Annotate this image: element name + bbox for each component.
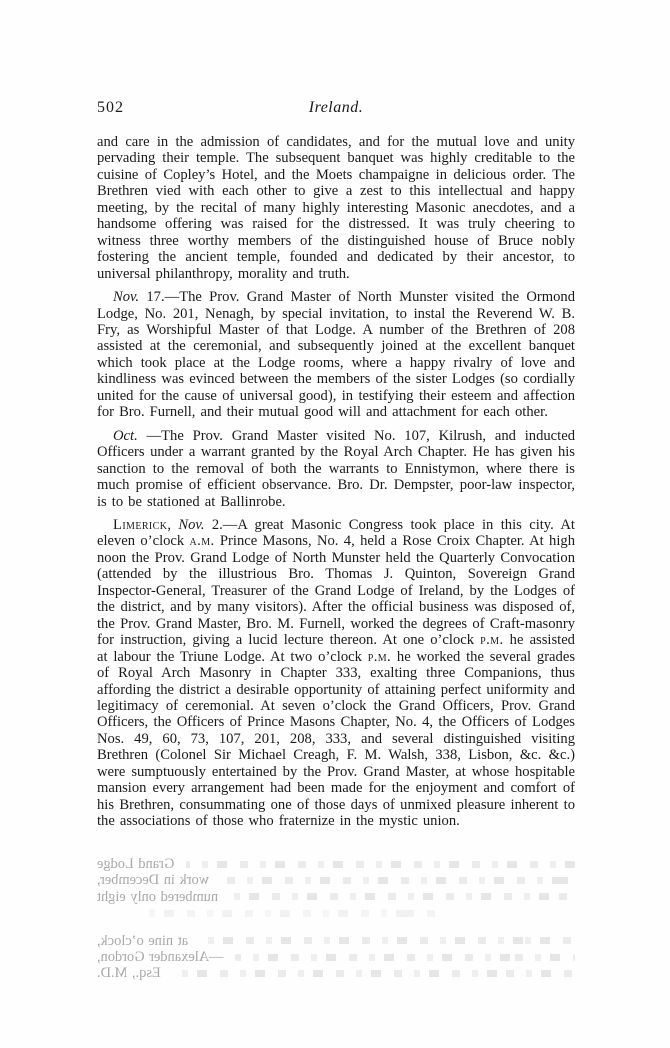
text-segment-smallcaps: p.m. <box>368 649 391 665</box>
text-segment: Prince Masons, No. 4, held a Rose Croix … <box>97 533 575 648</box>
bleed-line: numbered only eight <box>97 889 575 905</box>
paragraph-nov-17: Nov. 17.—The Prov. Grand Master of North… <box>97 289 575 421</box>
page-body-text: and care in the admission of candidates,… <box>97 134 575 837</box>
text-segment-smallcaps: Limerick <box>113 517 167 533</box>
bleed-legible-fragment: Esq., M.D. <box>97 965 161 981</box>
text-segment: 17.—The Prov. Grand Master of North Muns… <box>97 289 575 420</box>
bleed-legible-fragment: work in December, <box>97 872 209 888</box>
bleed-line: Esq., M.D. <box>97 965 575 981</box>
bleed-smudge <box>147 910 445 917</box>
scanned-book-page: 502 Ireland. and care in the admission o… <box>0 0 670 1048</box>
bleed-smudge <box>221 877 575 884</box>
bleed-line: —Alexander Gordon, <box>97 949 575 965</box>
paragraph-oct: Oct. —The Prov. Grand Master visited No.… <box>97 428 575 510</box>
page-number: 502 <box>97 99 124 117</box>
running-title: Ireland. <box>97 99 575 117</box>
bleed-smudge <box>173 970 575 977</box>
text-segment-smallcaps: a.m. <box>190 533 215 549</box>
text-segment: and care in the admission of candidates,… <box>97 134 575 282</box>
paragraph-limerick: Limerick, Nov. 2.—A great Masonic Congre… <box>97 517 575 830</box>
bleed-legible-fragment: Grand Lodge <box>97 856 174 872</box>
bleed-line: work in December, <box>97 872 575 888</box>
text-segment-italic: Nov. <box>178 517 204 533</box>
text-segment-italic: Oct. <box>113 428 138 444</box>
page-header: 502 Ireland. <box>97 99 575 119</box>
bleedthrough-mirrored-text: Grand Lodgework in December,numbered onl… <box>97 856 575 982</box>
text-segment: , <box>167 517 178 533</box>
bleed-legible-fragment: —Alexander Gordon, <box>97 949 223 965</box>
bleed-smudge <box>235 954 575 961</box>
bleed-legible-fragment: numbered only eight <box>97 889 218 905</box>
bleed-smudge <box>230 893 575 900</box>
bleed-line: Grand Lodge <box>97 856 575 872</box>
text-segment: he worked the several grades of Royal Ar… <box>97 649 575 830</box>
bleed-smudge <box>186 861 575 868</box>
text-segment-smallcaps: p.m. <box>480 632 503 648</box>
bleed-line <box>97 905 575 921</box>
text-segment: —The Prov. Grand Master visited No. 107,… <box>97 428 575 510</box>
bleed-smudge <box>200 937 575 944</box>
bleed-legible-fragment: at nine o’clock, <box>97 933 188 949</box>
paragraph-continuation: and care in the admission of candidates,… <box>97 134 575 282</box>
text-segment-italic: Nov. <box>113 289 139 305</box>
bleed-line: at nine o’clock, <box>97 933 575 949</box>
